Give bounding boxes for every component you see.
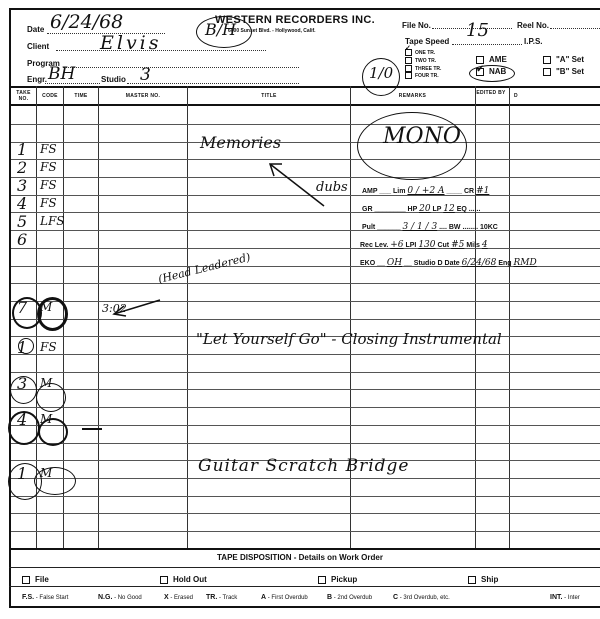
take-number: 4 — [17, 194, 27, 213]
eq-eko-line: EKO __ OH __ Studio D Date 6/24/68 Eng R… — [360, 258, 537, 268]
col-take-no: TAKE NO. — [11, 90, 36, 102]
take-3-circle — [10, 376, 37, 404]
eq-rec-lev-line: Rec Lev. +6 LPI 130 Cut #5 Mils 4 — [360, 240, 488, 250]
legend-erased: X - Erased — [164, 594, 193, 601]
disposition-top — [9, 548, 600, 550]
track-option-three[interactable]: THREE TR. — [405, 65, 441, 73]
track-option-one[interactable]: ONE TR. — [405, 49, 441, 57]
set-options: "A" Set "B" Set — [543, 54, 584, 78]
row-rule — [11, 407, 600, 408]
row-rule — [11, 248, 600, 249]
eq-pult-line: Pult ______ 3 / 1 / 3 .... BW ........ 1… — [362, 222, 498, 232]
tape-speed-label: Tape Speed — [405, 37, 449, 46]
row-rule — [11, 142, 600, 143]
title-guitar-scratch-bridge: Guitar Scratch Bridge — [198, 456, 409, 476]
col-edited-by: EDITED BY — [475, 90, 507, 96]
disposition-title: TAPE DISPOSITION - Details on Work Order — [0, 553, 600, 562]
track-option-two[interactable]: TWO TR. — [405, 57, 441, 65]
legend-2nd-overdub: B - 2nd Overdub — [327, 594, 372, 601]
engr-label: Engr. — [27, 75, 47, 84]
title-let-yourself-go: "Let Yourself Go" - Closing Instrumental — [196, 330, 502, 348]
file-no-value[interactable]: 15 — [466, 20, 489, 41]
dubs-arrow-icon — [268, 160, 328, 210]
take-number: 3 — [17, 176, 27, 195]
track-option-four[interactable]: FOUR TR. — [405, 72, 441, 80]
take-code: FS — [40, 196, 57, 210]
row-rule — [11, 425, 600, 426]
legend-inter: INT. - Inter — [550, 594, 580, 601]
legend-false-start: F.S. - False Start — [22, 594, 68, 601]
track-one-checkbox[interactable] — [405, 49, 412, 56]
reel-no-label: Reel No. — [517, 21, 549, 30]
frame-top — [9, 8, 600, 10]
code-3-circle — [36, 383, 66, 412]
col-remarks: REMARKS — [351, 93, 474, 99]
hold-out-checkbox[interactable] — [160, 576, 168, 584]
col-master-no: MASTER NO. — [99, 93, 187, 99]
title-memories: Memories — [200, 133, 281, 152]
ship-checkbox[interactable] — [468, 576, 476, 584]
row-rule — [11, 531, 600, 532]
row-rule — [11, 478, 600, 479]
head-leadered-arrow-icon — [108, 296, 164, 318]
legend-track: TR. - Track — [206, 594, 237, 601]
take-number: 1 — [17, 140, 27, 159]
tape-speed-line — [452, 44, 522, 45]
frame-bottom — [9, 606, 600, 608]
client-value[interactable]: Elvis — [100, 32, 162, 54]
take-code: FS — [40, 142, 57, 156]
col-title: TITLE — [188, 93, 350, 99]
row-rule — [11, 496, 600, 497]
nab-circle — [469, 65, 515, 82]
row-rule — [11, 124, 600, 125]
disposition-ship[interactable]: Ship — [468, 575, 498, 584]
studio-line — [127, 83, 299, 84]
row-rule — [11, 301, 600, 302]
col-time: TIME — [64, 93, 98, 99]
legend-no-good: N.G. - No Good — [98, 594, 142, 601]
recording-log-sheet: Date 6/24/68 Client Elvis Program Engr. … — [0, 0, 600, 619]
ame-checkbox[interactable] — [476, 56, 484, 64]
eq-amp-line: AMP ___ Lim 0 / +2 A ____ CR #1 — [362, 186, 489, 196]
set-option-b[interactable]: "B" Set — [543, 66, 584, 78]
row-rule — [11, 230, 600, 231]
track-four-checkbox[interactable] — [405, 72, 412, 79]
engr-line — [45, 83, 100, 84]
head-leadered-note: (Head Leadered) — [157, 251, 252, 286]
legend-divider — [9, 586, 600, 587]
dash-mark — [82, 428, 102, 430]
a-set-checkbox[interactable] — [543, 56, 551, 64]
code-4-circle — [38, 418, 68, 446]
pickup-checkbox[interactable] — [318, 576, 326, 584]
file-checkbox[interactable] — [22, 576, 30, 584]
track-options: ONE TR. TWO TR. THREE TR. FOUR TR. — [405, 49, 441, 80]
speed-note: 1/0 — [369, 64, 393, 82]
set-option-a[interactable]: "A" Set — [543, 54, 584, 66]
program-line — [63, 67, 299, 68]
take-code: FS — [40, 178, 57, 192]
code-m-circle — [37, 297, 68, 331]
disposition-pickup[interactable]: Pickup — [318, 575, 357, 584]
date-value[interactable]: 6/24/68 — [50, 11, 123, 33]
row-rule — [11, 513, 600, 514]
reel-no-line — [550, 28, 600, 29]
take-code: LFS — [40, 214, 65, 228]
row-rule — [11, 283, 600, 284]
b-set-checkbox[interactable] — [543, 68, 551, 76]
disposition-hold-out[interactable]: Hold Out — [160, 575, 207, 584]
row-rule — [11, 389, 600, 390]
take-code: FS — [40, 340, 57, 354]
code-guitar-circle — [34, 467, 76, 495]
studio-label: Studio — [101, 75, 126, 84]
mono-note: MONO — [383, 124, 461, 149]
studio-value[interactable]: 3 — [140, 65, 151, 85]
take-number: 6 — [17, 230, 27, 249]
take-4-circle — [8, 411, 40, 445]
col-code: CODE — [37, 93, 63, 99]
file-no-label: File No. — [402, 21, 431, 30]
legend-first-overdub: A - First Overdub — [261, 594, 308, 601]
date-label: Date — [27, 25, 44, 34]
take-number: 5 — [17, 212, 27, 231]
row-rule — [11, 212, 600, 213]
eq-gr-line: GR ________ HP 20 LP 12 EQ ...... — [362, 204, 480, 214]
row-rule — [11, 372, 600, 373]
take-number: 2 — [17, 158, 27, 177]
legend-3rd-overdub: C - 3rd Overdub, etc. — [393, 594, 450, 601]
track-three-checkbox[interactable] — [405, 65, 412, 72]
ips-label: I.P.S. — [524, 37, 543, 46]
take-1-circle — [18, 338, 34, 354]
take-code: FS — [40, 160, 57, 174]
row-rule — [11, 319, 600, 320]
row-rule — [11, 443, 600, 444]
col-d: D — [510, 93, 600, 99]
engineer-stamp: B/H — [205, 20, 236, 39]
disposition-file[interactable]: File — [22, 575, 49, 584]
track-two-checkbox[interactable] — [405, 57, 412, 64]
disposition-divider — [9, 567, 600, 568]
client-label: Client — [27, 42, 49, 51]
engr-value[interactable]: BH — [48, 64, 75, 84]
row-rule — [11, 354, 600, 355]
